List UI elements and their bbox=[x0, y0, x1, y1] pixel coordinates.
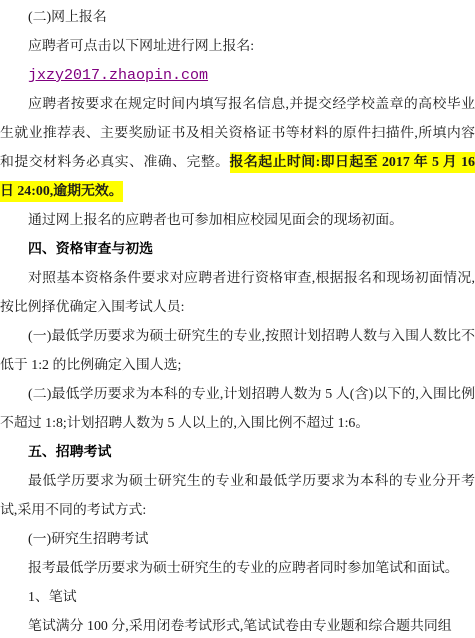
subheading-grad-exam: (一)研究生招聘考试 bbox=[0, 525, 475, 554]
paragraph-click-url-intro: 应聘者可点击以下网址进行网上报名: bbox=[0, 32, 475, 61]
subheading-written-test: 1、笔试 bbox=[0, 583, 475, 612]
paragraph-campus-interview: 通过网上报名的应聘者也可参加相应校园见面会的现场初面。 bbox=[0, 206, 475, 235]
section-heading-online-signup: (二)网上报名 bbox=[0, 3, 475, 32]
paragraph-ratio-master: (一)最低学历要求为硕士研究生的专业,按照计划招聘人数与入围人数比不低于 1:2… bbox=[0, 322, 475, 380]
paragraph-signup-url-line: jxzy2017.zhaopin.com bbox=[0, 61, 475, 90]
paragraph-review-process: 对照基本资格条件要求对应聘者进行资格审查,根据报名和现场初面情况,按比例择优确定… bbox=[0, 264, 475, 322]
paragraph-written-test: 笔试满分 100 分,采用闭卷考试形式,笔试试卷由专业题和综合题共同组 bbox=[0, 612, 475, 638]
document-page: (二)网上报名 应聘者可点击以下网址进行网上报名: jxzy2017.zhaop… bbox=[0, 0, 475, 638]
paragraph-grad-exam: 报考最低学历要求为硕士研究生的专业的应聘者同时参加笔试和面试。 bbox=[0, 554, 475, 583]
signup-url-link[interactable]: jxzy2017.zhaopin.com bbox=[28, 67, 208, 84]
section-heading-qualification-review: 四、资格审查与初选 bbox=[0, 235, 475, 264]
section-heading-recruitment-exam: 五、招聘考试 bbox=[0, 438, 475, 467]
paragraph-ratio-bachelor: (二)最低学历要求为本科的专业,计划招聘人数为 5 人(含)以下的,入围比例不超… bbox=[0, 380, 475, 438]
paragraph-exam-split: 最低学历要求为硕士研究生的专业和最低学历要求为本科的专业分开考试,采用不同的考试… bbox=[0, 467, 475, 525]
paragraph-submit-requirements: 应聘者按要求在规定时间内填写报名信息,并提交经学校盖章的高校毕业生就业推荐表、主… bbox=[0, 90, 475, 206]
